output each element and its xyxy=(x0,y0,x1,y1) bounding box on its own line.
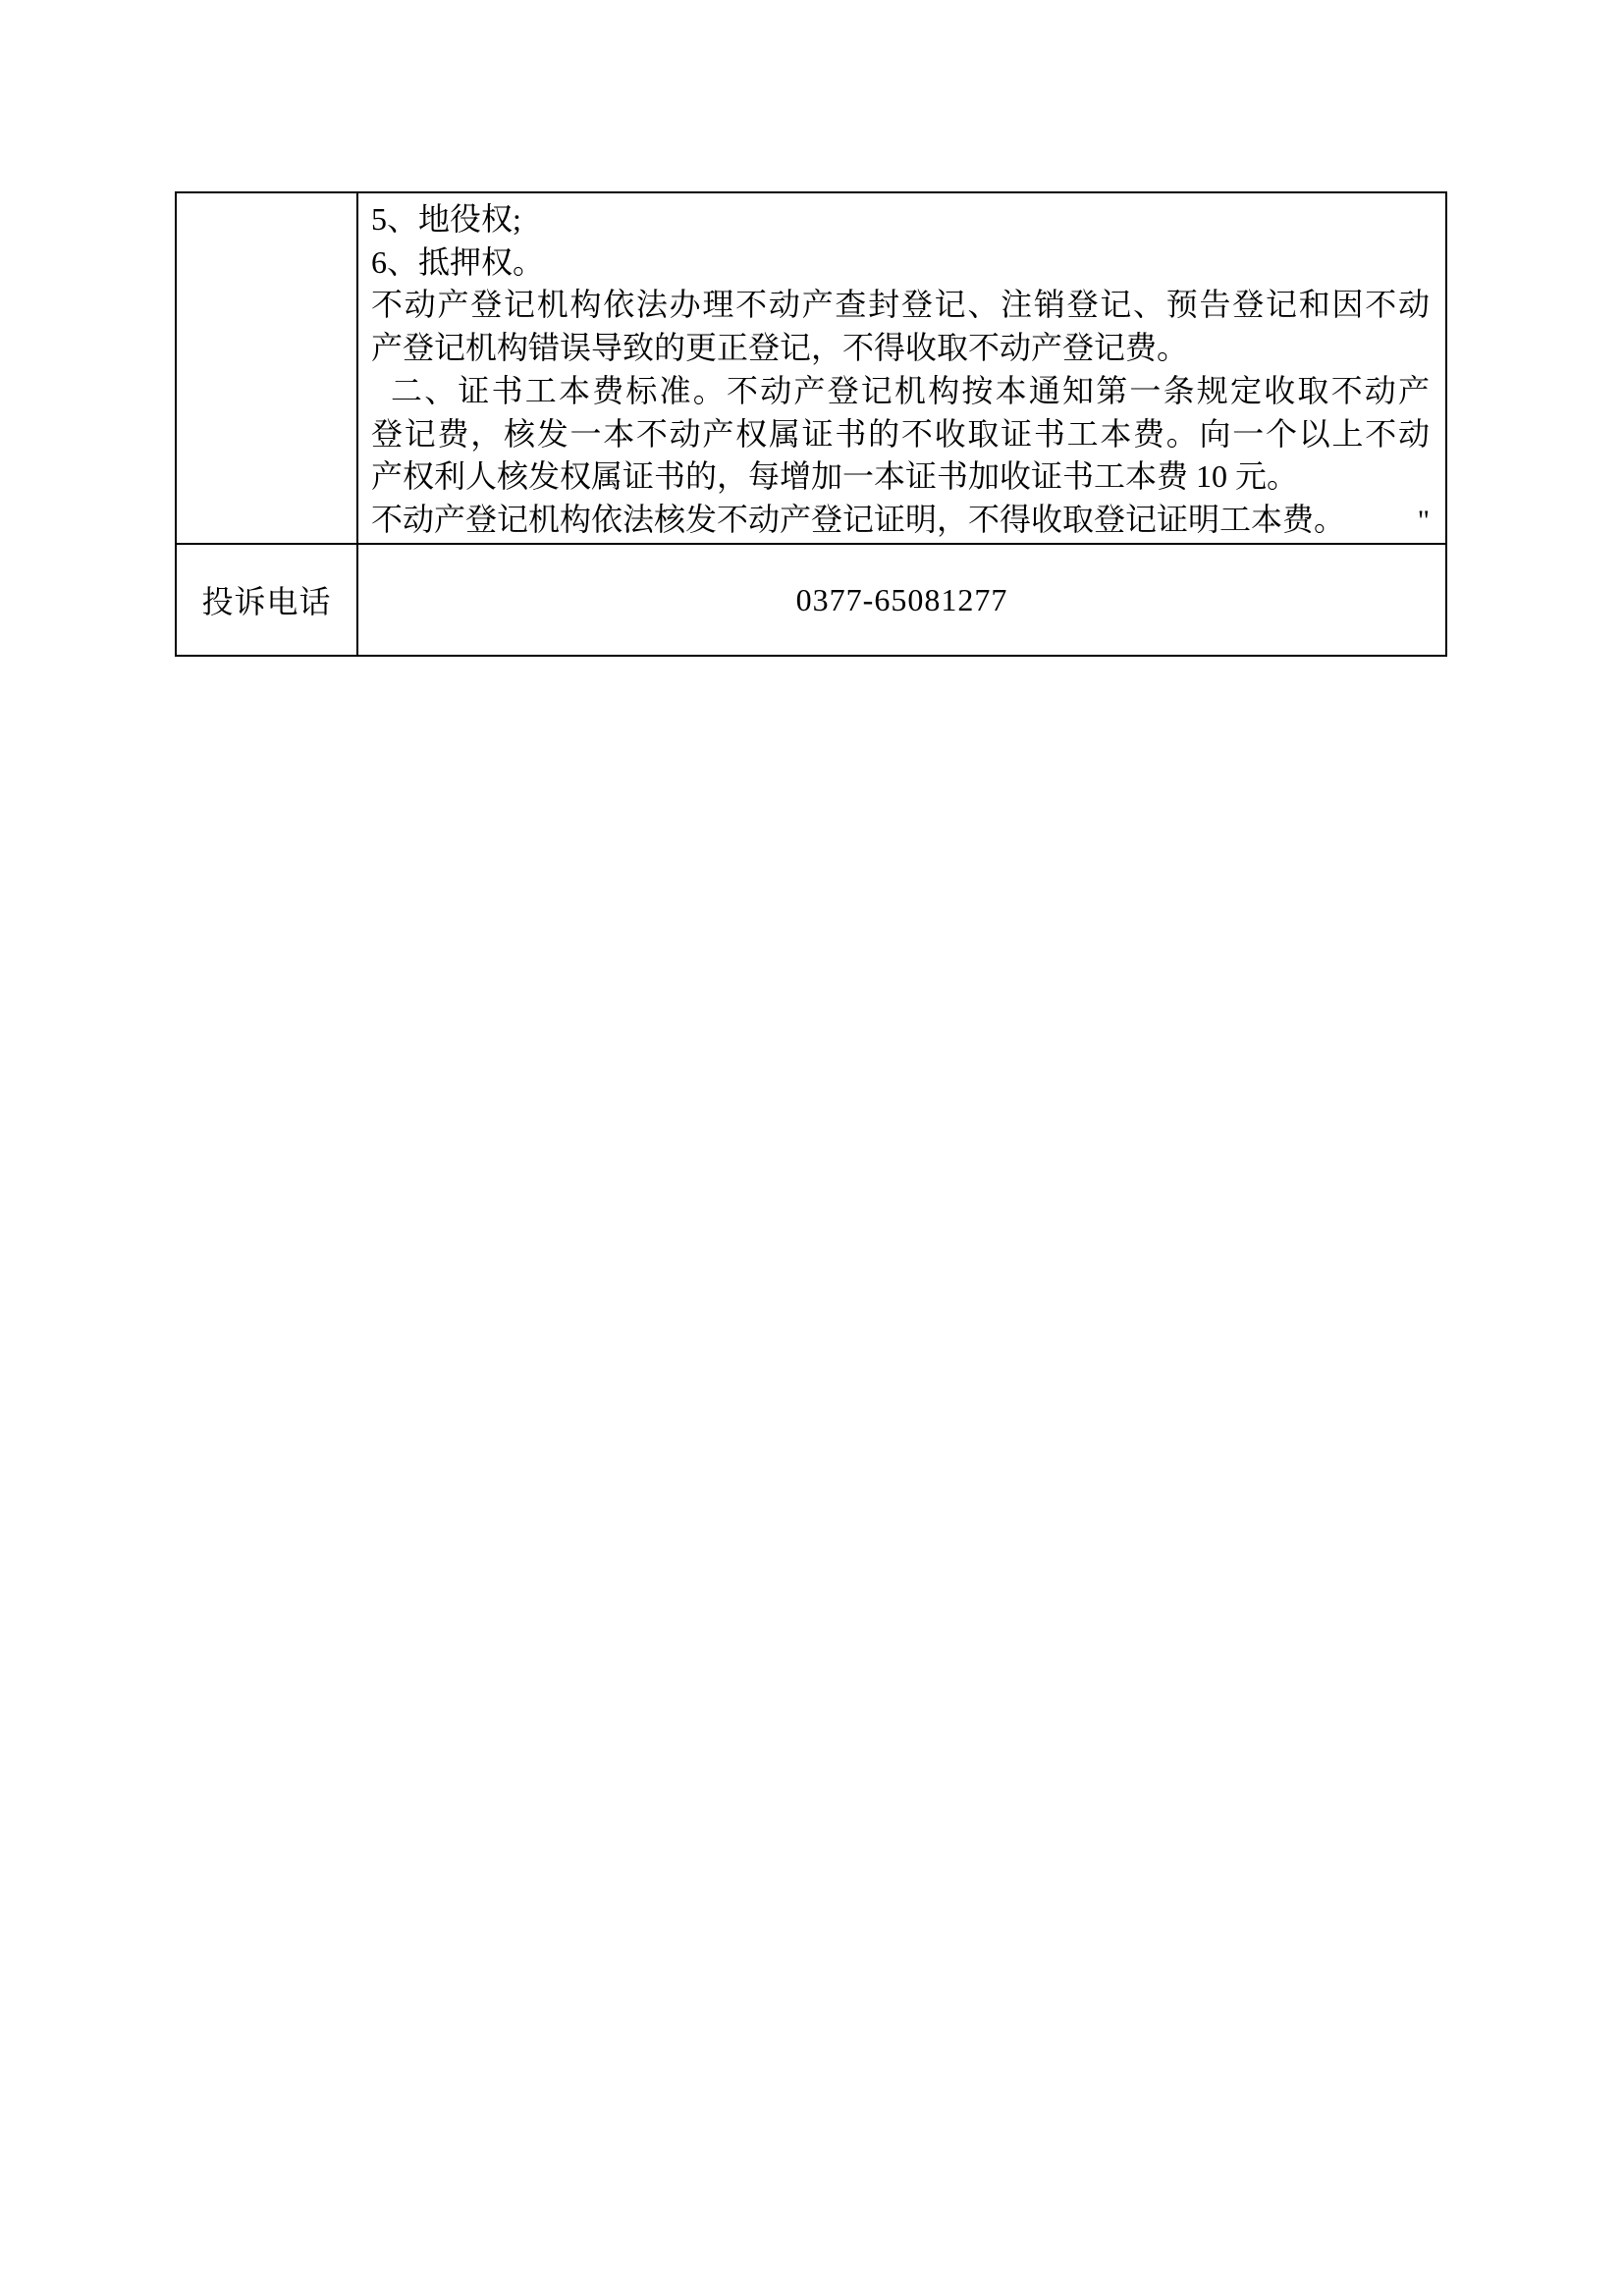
phone-row: 投诉电话 0377-65081277 xyxy=(177,543,1445,655)
phone-label: 投诉电话 xyxy=(201,577,331,622)
notice-line-2: 6、抵押权。 xyxy=(371,241,1430,285)
notice-text-cell: 5、地役权; 6、抵押权。 不动产登记机构依法办理不动产查封登记、注销登记、预告… xyxy=(358,193,1445,543)
phone-label-cell: 投诉电话 xyxy=(177,545,358,655)
fee-notice-table: 5、地役权; 6、抵押权。 不动产登记机构依法办理不动产查封登记、注销登记、预告… xyxy=(175,191,1447,657)
empty-label-cell xyxy=(177,193,358,543)
notice-line-1: 5、地役权; xyxy=(371,198,1430,241)
notice-line-5: 二、证书工本费标准。不动产登记机构按本通知第一条规定收取不动产 xyxy=(371,370,1430,413)
closing-quote: " xyxy=(1418,500,1430,543)
notice-line-8-text: 不动产登记机构依法核发不动产登记证明，不得收取登记证明工本费。 xyxy=(371,499,1345,542)
notice-line-6: 登记费，核发一本不动产权属证书的不收取证书工本费。向一个以上不动 xyxy=(371,413,1430,456)
notice-content-row: 5、地役权; 6、抵押权。 不动产登记机构依法办理不动产查封登记、注销登记、预告… xyxy=(177,193,1445,543)
document-page: 5、地役权; 6、抵押权。 不动产登记机构依法办理不动产查封登记、注销登记、预告… xyxy=(0,0,1624,2296)
notice-line-3: 不动产登记机构依法办理不动产查封登记、注销登记、预告登记和因不动 xyxy=(371,284,1430,327)
notice-line-7: 产权利人核发权属证书的，每增加一本证书加收证书工本费 10 元。 xyxy=(371,455,1430,499)
phone-value-cell: 0377-65081277 xyxy=(358,545,1445,655)
notice-line-8: 不动产登记机构依法核发不动产登记证明，不得收取登记证明工本费。 " xyxy=(371,499,1430,543)
phone-number: 0377-65081277 xyxy=(796,582,1008,618)
notice-textblock: 5、地役权; 6、抵押权。 不动产登记机构依法办理不动产查封登记、注销登记、预告… xyxy=(358,193,1445,543)
notice-line-4: 产登记机构错误导致的更正登记，不得收取不动产登记费。 xyxy=(371,327,1430,370)
